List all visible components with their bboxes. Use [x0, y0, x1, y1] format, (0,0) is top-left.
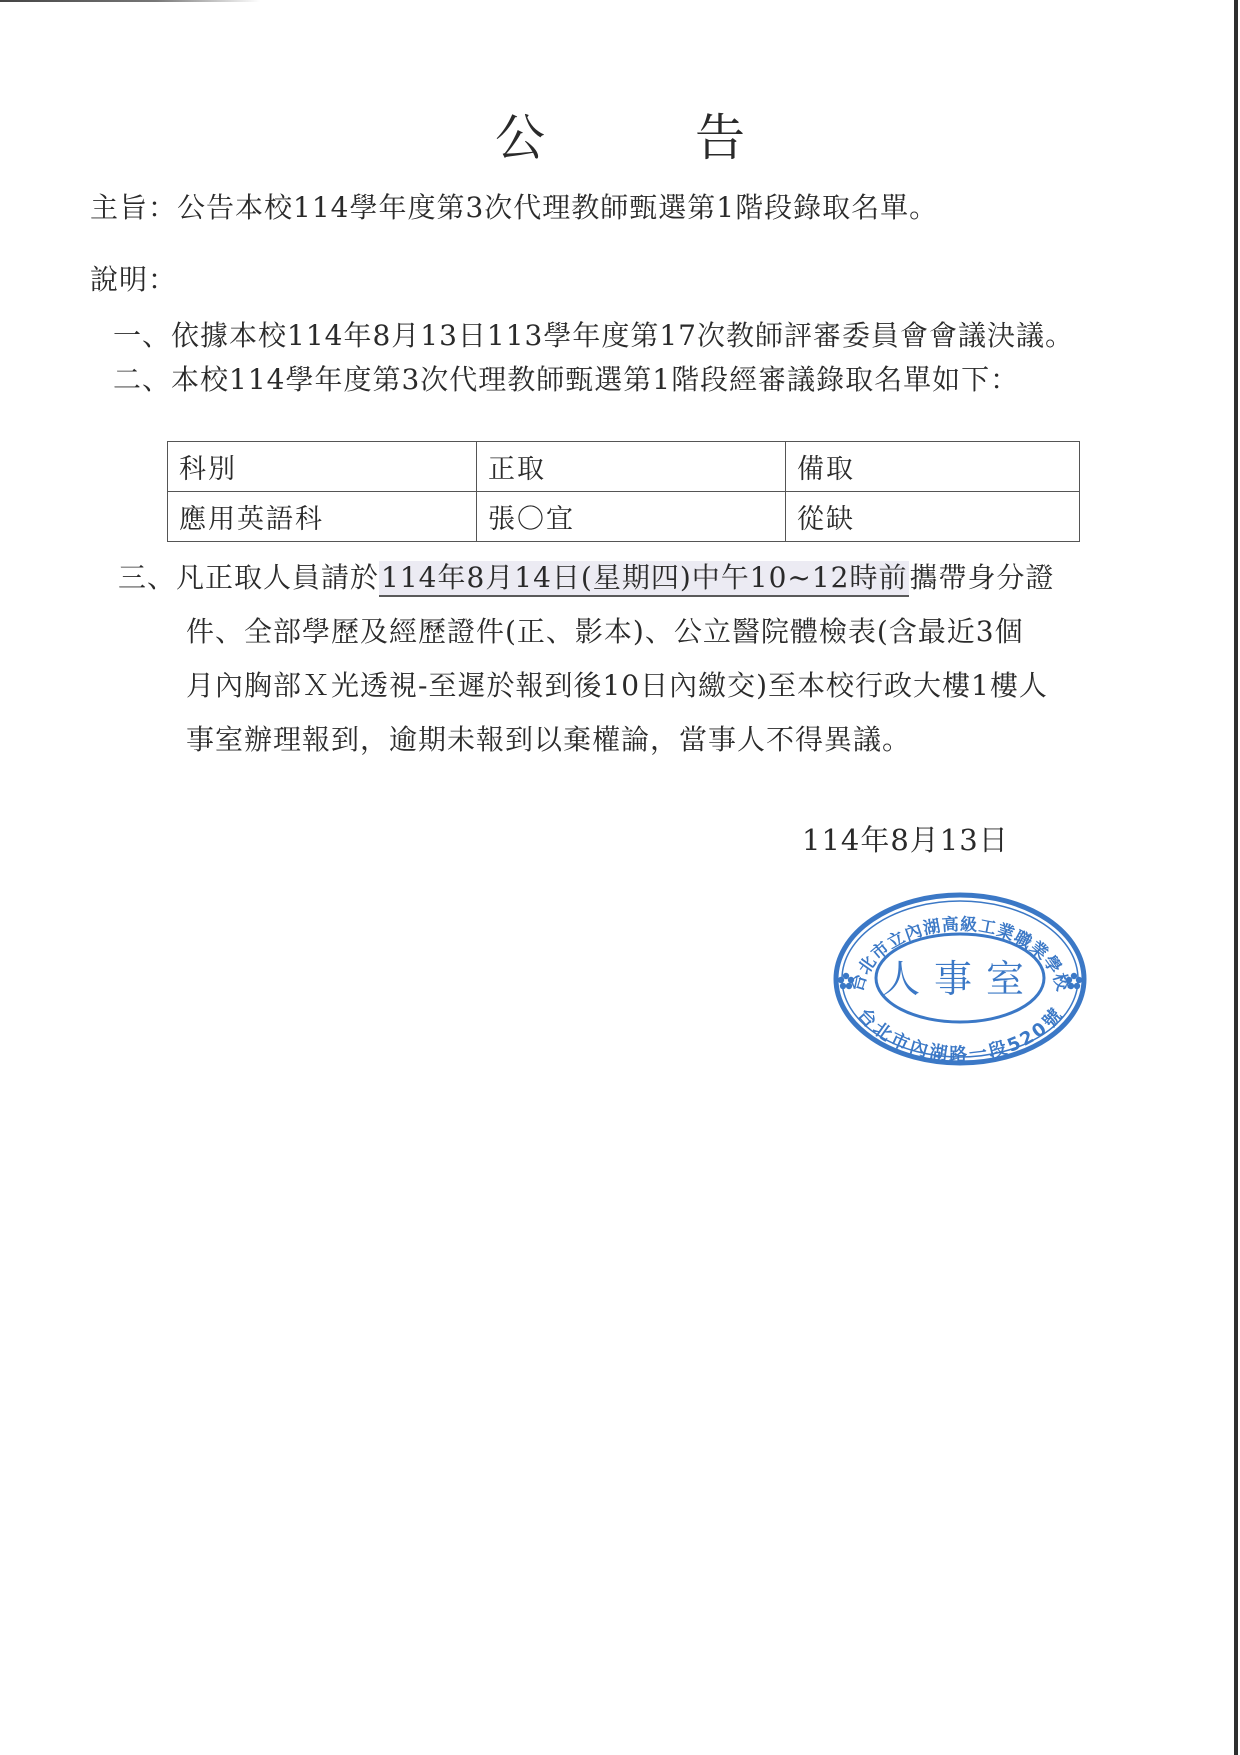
- explanation-item-2: 二、本校114學年度第3次代理教師甄選第1階段經審議錄取名單如下：: [113, 362, 1019, 398]
- official-seal-stamp: 台北市立內湖高級工業職業學校 台北市內湖路一段520號 人事室: [832, 890, 1088, 1068]
- explanation-item-1: 一、依據本校114年8月13日113學年度第17次教師評審委員會會議決議。: [113, 318, 1074, 354]
- cell-admitted: 張〇宜: [477, 492, 786, 542]
- table-header-row: 科別 正取 備取: [168, 442, 1080, 492]
- table-row: 應用英語科 張〇宜 從缺: [168, 492, 1080, 542]
- seal-center-text: 人事室: [882, 957, 1038, 1001]
- cell-subject: 應用英語科: [168, 492, 477, 542]
- explanation-item-3-line-3: 月內胸部Ｘ光透視-至遲於報到後10日內繳交)至本校行政大樓1樓人: [186, 668, 1048, 704]
- item-3-prefix: 三、凡正取人員請於: [118, 561, 379, 594]
- seal-icon: 台北市立內湖高級工業職業學校 台北市內湖路一段520號 人事室: [832, 890, 1088, 1068]
- item-3-line1-rest: 攜帶身分證: [909, 561, 1054, 594]
- explanation-label: 說明：: [90, 262, 177, 298]
- explanation-item-3-line-4: 事室辦理報到，逾期未報到以棄權論，當事人不得異議。: [186, 722, 911, 758]
- title-char-2: 告: [695, 108, 745, 168]
- explanation-item-3-line-1: 三、凡正取人員請於114年8月14日(星期四)中午10~12時前攜帶身分證: [118, 560, 1055, 596]
- header-cell-waitlist: 備取: [786, 442, 1080, 492]
- document-title: 公告: [0, 108, 1240, 168]
- cell-waitlist: 從缺: [786, 492, 1080, 542]
- issue-date: 114年8月13日: [802, 822, 1009, 858]
- header-cell-subject: 科別: [168, 442, 477, 492]
- highlighted-deadline: 114年8月14日(星期四)中午10~12時前: [379, 561, 909, 597]
- seal-bottom-arc-text: 台北市內湖路一段520號: [853, 1004, 1067, 1066]
- header-cell-admitted: 正取: [477, 442, 786, 492]
- title-char-1: 公: [495, 108, 545, 168]
- scan-edge-right: [1234, 0, 1238, 1755]
- subject-line: 主旨：公告本校114學年度第3次代理教師甄選第1階段錄取名單。: [90, 190, 938, 226]
- roster-table: 科別 正取 備取 應用英語科 張〇宜 從缺: [167, 441, 1080, 542]
- svg-text:台北市內湖路一段520號: 台北市內湖路一段520號: [853, 1004, 1067, 1066]
- explanation-item-3-line-2: 件、全部學歷及經歷證件(正、影本)、公立醫院體檢表(含最近3個: [186, 614, 1024, 650]
- scan-edge-top: [0, 0, 260, 2]
